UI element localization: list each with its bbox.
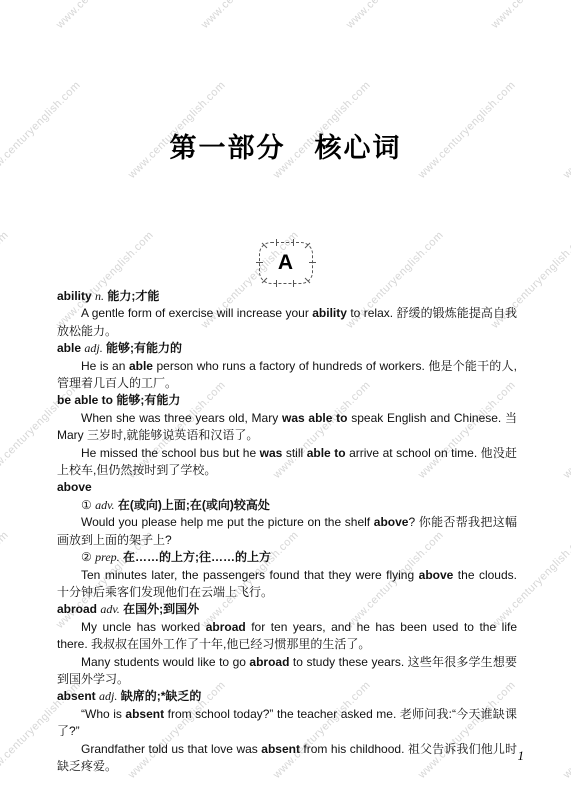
bold-text: 能够;有能力的: [106, 341, 182, 355]
plain-text: Would you please help me put the picture…: [81, 515, 374, 529]
bold-text: 在……的上方;往……的上方: [123, 550, 271, 564]
badge-tick: [276, 239, 277, 246]
bold-text: able to: [307, 446, 346, 460]
plain-text: “Who is: [81, 707, 125, 721]
book-page: www.centuryenglish.comwww.centuryenglish…: [0, 0, 571, 800]
pos-label: adv.: [100, 602, 119, 616]
headword-line: abroad adv. 在国外;到国外: [57, 601, 517, 618]
badge-tick: [261, 278, 267, 284]
badge-tick: [276, 280, 277, 287]
badge-tick: [293, 239, 294, 246]
example-line: A gentle form of exercise will increase …: [57, 305, 517, 340]
bold-text: ability: [312, 306, 347, 320]
bold-text: ability: [57, 289, 92, 303]
example-line: He is an able person who runs a factory …: [57, 358, 517, 393]
example-line: “Who is absent from school today?” the t…: [57, 706, 517, 741]
plain-text: Many students would like to go: [81, 655, 249, 669]
bold-text: able: [129, 359, 153, 373]
page-content: 第一部分 核心词 A ability n. 能力;才能A gentle form…: [0, 0, 571, 800]
bold-text: above: [419, 568, 454, 582]
bold-text: 能够;有能力: [116, 393, 180, 407]
plain-text: Ten minutes later, the passengers found …: [81, 568, 419, 582]
pos-label: prep.: [95, 550, 120, 564]
headword-line: absent adj. 缺席的;*缺乏的: [57, 688, 517, 705]
plain-text: When she was three years old, Mary: [81, 411, 282, 425]
badge-tick: [293, 280, 294, 287]
bold-text: be able to: [57, 393, 113, 407]
pos-label: adv.: [95, 498, 114, 512]
headword-line: above: [57, 479, 517, 496]
bold-text: was: [260, 446, 283, 460]
headword-line: ability n. 能力;才能: [57, 288, 517, 305]
headword-line: be able to 能够;有能力: [57, 392, 517, 409]
pos-label: n.: [95, 289, 104, 303]
plain-text: A gentle form of exercise will increase …: [81, 306, 312, 320]
example-line: When she was three years old, Mary was a…: [57, 410, 517, 445]
entry-list: ability n. 能力;才能A gentle form of exercis…: [57, 288, 517, 775]
plain-text: still: [282, 446, 306, 460]
section-letter: A: [278, 251, 293, 275]
plain-text: Grandfather told us that love was: [81, 742, 261, 756]
bold-text: absent: [57, 689, 96, 703]
bold-text: abroad: [57, 602, 97, 616]
bold-text: 在国外;到国外: [123, 602, 199, 616]
plain-text: My uncle has worked: [81, 620, 206, 634]
example-line: My uncle has worked abroad for ten years…: [57, 619, 517, 654]
example-line: ② prep. 在……的上方;往……的上方: [57, 549, 517, 566]
plain-text: ①: [81, 498, 95, 512]
pos-label: adj.: [99, 689, 117, 703]
example-line: Grandfather told us that love was absent…: [57, 741, 517, 776]
example-line: ① adv. 在(或向)上面;在(或向)较高处: [57, 497, 517, 514]
bold-text: abroad: [206, 620, 246, 634]
example-line: He missed the school bus but he was stil…: [57, 445, 517, 480]
plain-text: He is an: [81, 359, 129, 373]
example-line: Many students would like to go abroad to…: [57, 654, 517, 689]
bold-text: absent: [125, 707, 164, 721]
bold-text: able: [57, 341, 81, 355]
badge-tick: [304, 278, 310, 284]
bold-text: 能力;才能: [107, 289, 159, 303]
page-number: 1: [518, 748, 525, 764]
example-line: Would you please help me put the picture…: [57, 514, 517, 549]
bold-text: absent: [261, 742, 300, 756]
part-title: 第一部分 核心词: [0, 0, 571, 165]
badge-tick: [309, 262, 316, 263]
section-letter-badge: A: [259, 242, 313, 284]
bold-text: abroad: [249, 655, 289, 669]
bold-text: was able to: [282, 411, 348, 425]
badge-tick: [261, 243, 267, 249]
plain-text: He missed the school bus but he: [81, 446, 260, 460]
pos-label: adj.: [84, 341, 102, 355]
bold-text: 缺席的;*缺乏的: [121, 689, 202, 703]
headword-line: able adj. 能够;有能力的: [57, 340, 517, 357]
plain-text: ②: [81, 550, 95, 564]
bold-text: 在(或向)上面;在(或向)较高处: [118, 498, 270, 512]
example-line: Ten minutes later, the passengers found …: [57, 567, 517, 602]
bold-text: above: [57, 480, 92, 494]
bold-text: above: [374, 515, 409, 529]
badge-tick: [304, 243, 310, 249]
badge-tick: [256, 262, 263, 263]
